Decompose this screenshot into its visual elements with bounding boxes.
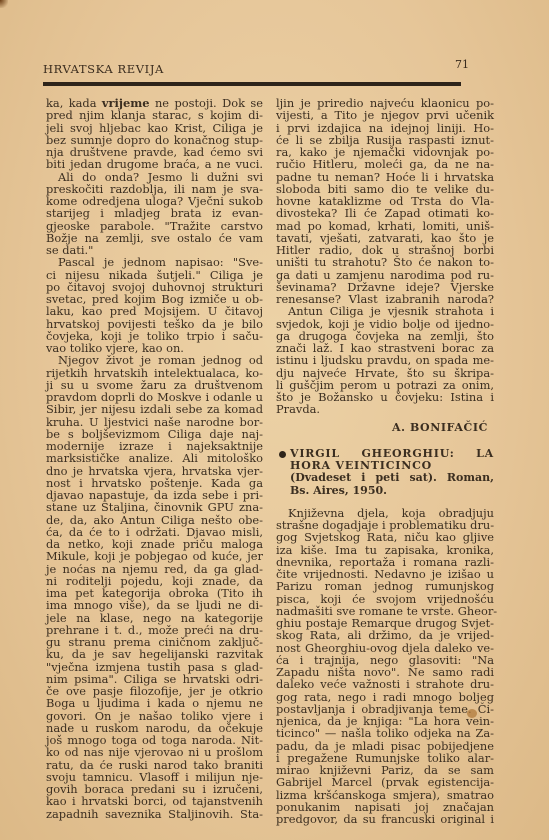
text-line: divosteka? Ili će Zapad otimati ko-	[276, 207, 494, 219]
text-line: laku, kao pred Mojsijem. U čitavoj	[46, 305, 263, 317]
text-line: pred njim klanja starac, s kojim di-	[46, 109, 263, 121]
text-line: lizma kršćanskoga smjera), smatrao	[276, 789, 494, 801]
text-line: Antun Ciliga je vjesnik strahota i	[276, 305, 494, 317]
text-line: predgovor, da su francuski original i	[276, 813, 494, 825]
text-line: ko od nas nije vjerovao ni u prošlom	[46, 746, 263, 758]
ink-stain	[467, 709, 477, 718]
text-line: ku, da je sav hegelijanski razvitak	[46, 648, 263, 660]
review-publication-line: Bs. Aires, 1950.	[290, 485, 494, 497]
text-line: marksističke analize. Ali mitološko	[46, 452, 263, 464]
running-header: HRVATSKA REVIJA 71	[43, 62, 461, 82]
text-line: mad po komad, krhati, lomiti, uniš-	[276, 220, 494, 232]
text-line: Ali do onda? Jesmo li dužni svi	[46, 171, 263, 183]
text-line: Parizu roman jednog rumunjskog	[276, 580, 494, 592]
text-line: biti jedan drugome braća, a ne vuci.	[46, 158, 263, 170]
text-line: i prvi izdajica na idejnoj liniji. Ho-	[276, 122, 494, 134]
text-line: jele na klase, nego na kategorije	[46, 612, 263, 624]
text-line: jeli svoj hljebac kao Krist, Ciliga je	[46, 122, 263, 134]
text-line: pisca, koji će svojom vrijednošću	[276, 593, 494, 605]
text-line: svjedok, koji je vidio bolje od ijedno-	[276, 318, 494, 330]
text-line: ci nijesu nikada šutjeli." Ciliga je	[46, 269, 263, 281]
text-line: Pascal je jednom napisao: "Sve-	[46, 256, 263, 268]
text-line: daleko veće važnosti i strahote dru-	[276, 678, 494, 690]
text-line: istinu i ljudsku pravdu, on spada me-	[276, 354, 494, 366]
text-line: starijeg i mladjeg brata iz evan-	[46, 207, 263, 219]
text-line: kao i hrvatski borci, od tajanstvenih	[46, 795, 263, 807]
text-line: rijetkih hrvatskih intelektualaca, ko-	[46, 367, 263, 379]
text-line: ručio Hitleru, moleći ga, da ne na-	[276, 158, 494, 170]
text-line: hrvatskoj povijesti teško da je bilo	[46, 318, 263, 330]
text-line: dju najveće Hrvate, što su škripa-	[276, 367, 494, 379]
text-line: iza kiše. Ima tu zapisaka, kronika,	[276, 544, 494, 556]
text-line: Pravda.	[276, 403, 494, 415]
journal-title: HRVATSKA REVIJA	[43, 62, 164, 76]
right-column: ljin je priredio najveću klaonicu po- vi…	[276, 97, 494, 825]
text-line: gjeoske parabole. "Tražite carstvo	[46, 220, 263, 232]
bullet-icon	[279, 451, 286, 458]
text-line: skog Rata, ali držimo, da je vrijed-	[276, 629, 494, 641]
text-line: nost Gheorghiu-ovog djela daleko ve-	[276, 642, 494, 654]
text-line: gog Svjetskog Rata, niču kao gljive	[276, 531, 494, 543]
text-line: Sibir, jer nijesu izdali sebe za komad	[46, 403, 263, 415]
text-line: ticinco" — našla toliko odjeka na Za-	[276, 727, 494, 739]
author-signature: A. BONIFAČIĆ	[276, 422, 494, 434]
text-line: padne tu neman? Hoće li i hrvatska	[276, 171, 494, 183]
page-number: 71	[455, 58, 469, 71]
text-line: vijesti, a Tito je njegov prvi učenik	[276, 109, 494, 121]
text-line: Gabrijel Marcel (prvak egistencija-	[276, 776, 494, 788]
text-line: Njegov život je roman jednog od	[46, 354, 263, 366]
text-line: ima mnogo više), da se ljudi ne di-	[46, 599, 263, 611]
text-line: stane uz Staljina, činovnik GPU zna-	[46, 501, 263, 513]
text-line: de, da, ako Antun Ciliga nešto obe-	[46, 514, 263, 526]
header-rule	[43, 82, 461, 86]
review-heading: VIRGIL GHEORGHIU: LA HORA VEINTICINCO (D…	[276, 448, 494, 497]
text-line: govori. On je našao toliko vjere i	[46, 710, 263, 722]
torn-corner	[0, 0, 8, 8]
text-line: je noćas na njemu red, da ga glad-	[46, 563, 263, 575]
text-line: zapadnih saveznika Staljinovih. Sta-	[46, 808, 263, 820]
review-subtitle-line: (Dvadeset i peti sat). Roman,	[290, 472, 494, 484]
left-column: ka, kada vrijeme ne postoji. Dok se pred…	[46, 97, 263, 820]
text-line: ga dati u zamjenu narodima pod ru-	[276, 269, 494, 281]
magazine-page: HRVATSKA REVIJA 71 ka, kada vrijeme ne p…	[0, 0, 549, 840]
text-line: gog rata, nego i radi mnogo boljeg	[276, 691, 494, 703]
text-line: ratu, da će ruski narod tako braniti	[46, 759, 263, 771]
text-line: Mikule, koji je pobjegao od kuće, jer	[46, 550, 263, 562]
text-line: "vječna izmjena tustih pasa s glad-	[46, 661, 263, 673]
text-line: dno je hrvatska vjera, hrvatska vjer-	[46, 465, 263, 477]
text-line: padu, da je mladi pisac pobijedjene	[276, 740, 494, 752]
text-line: uništi tu strahotu? Što će nakon to-	[276, 256, 494, 268]
text-line: Boga u ljudima i kada o njemu ne	[46, 697, 263, 709]
text-line: kruha. U ljestvici naše narodne bor-	[46, 416, 263, 428]
